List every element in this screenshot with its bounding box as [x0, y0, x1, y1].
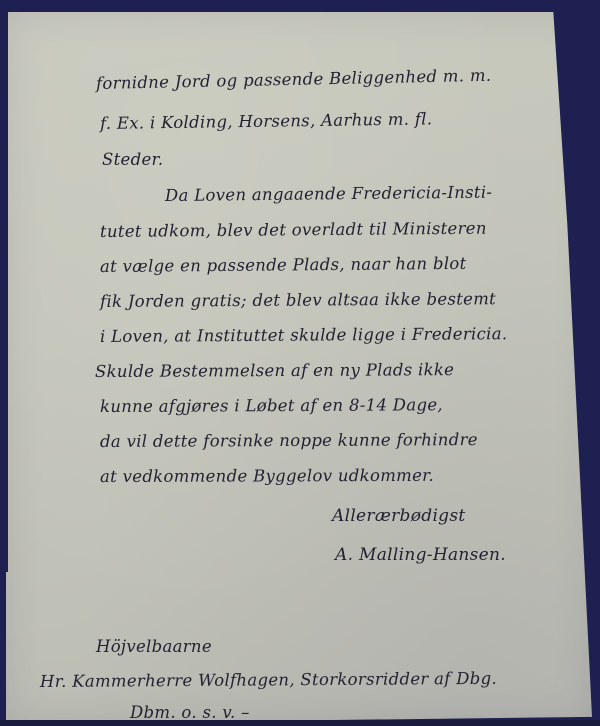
letter-line-8: i Loven, at Instituttet skulde ligge i F…: [100, 324, 507, 346]
background-edge: [0, 12, 8, 572]
letter-line-3: Steder.: [102, 150, 163, 169]
letter-closing: Allerærbødigst: [332, 506, 466, 526]
letter-signature: A. Malling-Hansen.: [335, 545, 506, 565]
letter-line-10: kunne afgjøres i Løbet af en 8-14 Dage,: [100, 395, 443, 416]
address-salutation: Höjvelbaarne: [96, 637, 212, 656]
background-edge-bottom: [0, 720, 600, 726]
letter-line-5: tutet udkom, blev det overladt til Minis…: [100, 219, 487, 241]
letter-line-4: Da Loven angaaende Fredericia-Insti-: [165, 183, 492, 205]
letter-line-6: at vælge en passende Plads, naar han blo…: [100, 254, 467, 276]
address-recipient: Hr. Kammerherre Wolfhagen, Storkorsridde…: [40, 669, 497, 691]
letter-line-11: da vil dette forsinke noppe kunne forhin…: [100, 430, 478, 451]
letter-line-7: fik Jorden gratis; det blev altsaa ikke …: [100, 289, 496, 311]
letter-line-9: Skulde Bestemmelsen af en ny Plads ikke: [95, 360, 454, 381]
letter-line-12: at vedkommende Byggelov udkommer.: [100, 466, 434, 486]
